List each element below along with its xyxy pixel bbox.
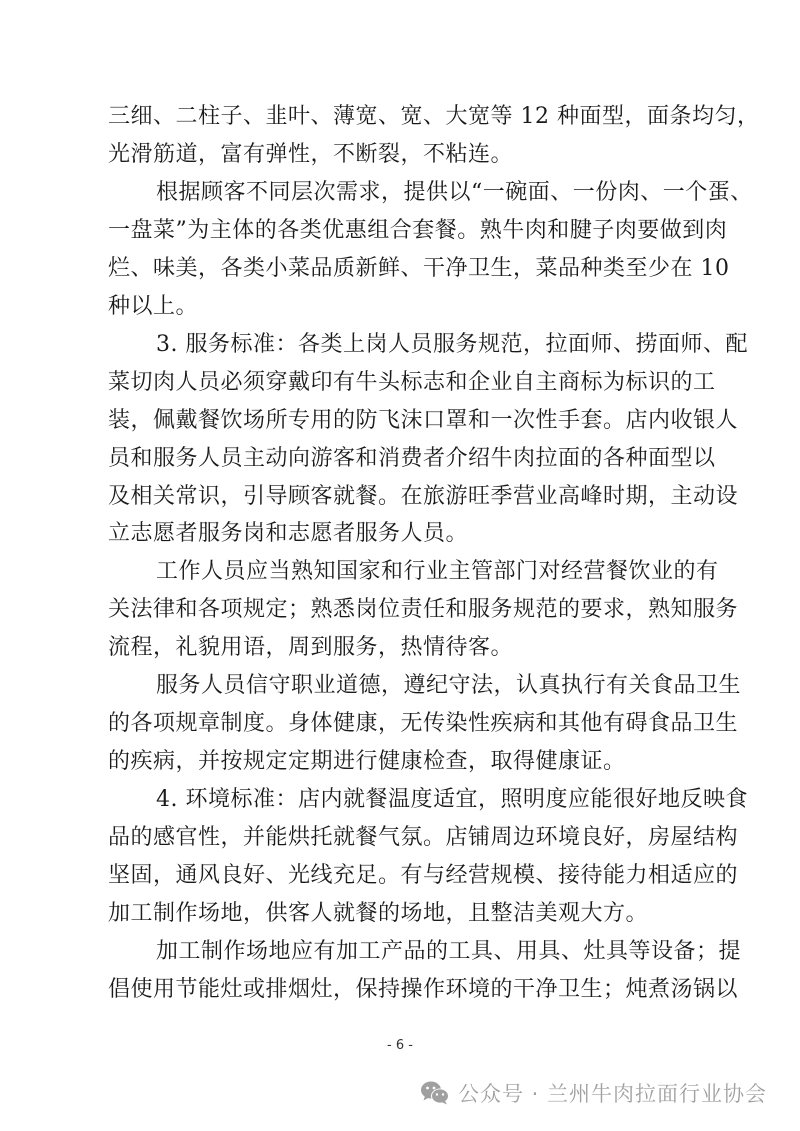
watermark-text: 公众号 · 兰州牛肉拉面行业协会 [458, 1078, 767, 1108]
text-line: 品的感官性，并能烘托就餐气氛。店铺周边环境良好，房屋结构 [108, 819, 698, 857]
text-line: 装，佩戴餐饮场所专用的防飞沫口罩和一次性手套。店内收银人 [108, 402, 698, 440]
text-line: 服务人员信守职业道德，遵纪守法，认真执行有关食品卫生 [108, 667, 698, 705]
text-line: 及相关常识，引导顾客就餐。在旅游旺季营业高峰时期，主动设 [108, 478, 698, 516]
section-heading-service-standard: 3. 服务标准：各类上岗人员服务规范，拉面师、捞面师、配 [108, 326, 698, 364]
text-line: 加工制作场地，供客人就餐的场地，且整洁美观大方。 [108, 895, 698, 933]
text-line: 坚固，通风良好、光线充足。有与经营规模、接待能力相适应的 [108, 857, 698, 895]
text-line: 加工制作场地应有加工产品的工具、用具、灶具等设备；提 [108, 933, 698, 971]
text-line: 烂、味美，各类小菜品质新鲜、干净卫生，菜品种类至少在 10 [108, 250, 698, 288]
text-line: 的疾病，并按规定定期进行健康检查，取得健康证。 [108, 743, 698, 781]
text-line: 菜切肉人员必须穿戴印有牛头标志和企业自主商标为标识的工 [108, 364, 698, 402]
document-body: 三细、二柱子、韭叶、薄宽、宽、大宽等 12 种面型，面条均匀， 光滑筋道，富有弹… [108, 98, 698, 1009]
text-line: 的各项规章制度。身体健康，无传染性疾病和其他有碍食品卫生 [108, 705, 698, 743]
wechat-watermark: 公众号 · 兰州牛肉拉面行业协会 [420, 1078, 767, 1108]
text-line: 一盘菜”为主体的各类优惠组合套餐。熟牛肉和腱子肉要做到肉 [108, 212, 698, 250]
text-line: 立志愿者服务岗和志愿者服务人员。 [108, 515, 698, 553]
page-number: - 6 - [0, 1038, 800, 1053]
text-line: 三细、二柱子、韭叶、薄宽、宽、大宽等 12 种面型，面条均匀， [108, 98, 698, 136]
wechat-icon [420, 1080, 450, 1106]
text-line: 工作人员应当熟知国家和行业主管部门对经营餐饮业的有 [108, 553, 698, 591]
text-line: 种以上。 [108, 288, 698, 326]
text-line: 关法律和各项规定；熟悉岗位责任和服务规范的要求，熟知服务 [108, 591, 698, 629]
text-line: 流程，礼貌用语，周到服务，热情待客。 [108, 629, 698, 667]
text-line: 员和服务人员主动向游客和消费者介绍牛肉拉面的各种面型以 [108, 440, 698, 478]
text-line: 光滑筋道，富有弹性，不断裂，不粘连。 [108, 136, 698, 174]
text-line: 根据顾客不同层次需求，提供以“一碗面、一份肉、一个蛋、 [108, 174, 698, 212]
text-line: 倡使用节能灶或排烟灶，保持操作环境的干净卫生；炖煮汤锅以 [108, 971, 698, 1009]
section-heading-environment-standard: 4. 环境标准：店内就餐温度适宜，照明度应能很好地反映食 [108, 781, 698, 819]
